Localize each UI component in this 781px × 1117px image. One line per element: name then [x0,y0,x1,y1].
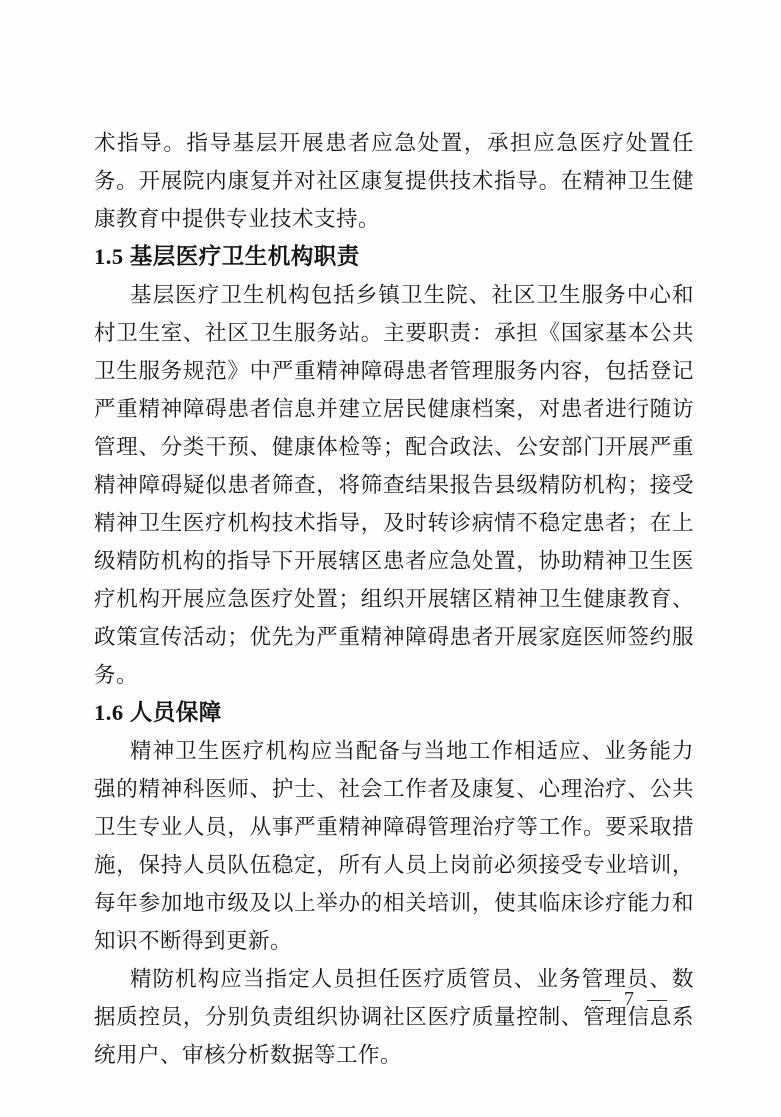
paragraph-section-1-5: 基层医疗卫生机构包括乡镇卫生院、社区卫生服务中心和村卫生室、社区卫生服务站。主要… [94,276,694,694]
page-footer: — 7 — [591,986,667,1012]
document-page: 术指导。指导基层开展患者应急处置，承担应急医疗处置任务。开展院内康复并对社区康复… [0,0,781,1117]
paragraph-section-1-6-staffing: 精神卫生医疗机构应当配备与当地工作相适应、业务能力强的精神科医师、护士、社会工作… [94,732,694,960]
page-number: 7 [624,986,634,1012]
section-heading-1-5: 1.5 基层医疗卫生机构职责 [94,238,694,276]
paragraph-continuation: 术指导。指导基层开展患者应急处置，承担应急医疗处置任务。开展院内康复并对社区康复… [94,124,694,238]
document-body: 术指导。指导基层开展患者应急处置，承担应急医疗处置任务。开展院内康复并对社区康复… [94,124,694,1074]
section-heading-1-6: 1.6 人员保障 [94,694,694,732]
page-number-dash-left: — [591,986,611,1012]
page-number-dash-right: — [647,986,667,1012]
paragraph-section-1-6-quality-roles: 精防机构应当指定人员担任医疗质管员、业务管理员、数据质控员，分别负责组织协调社区… [94,960,694,1074]
